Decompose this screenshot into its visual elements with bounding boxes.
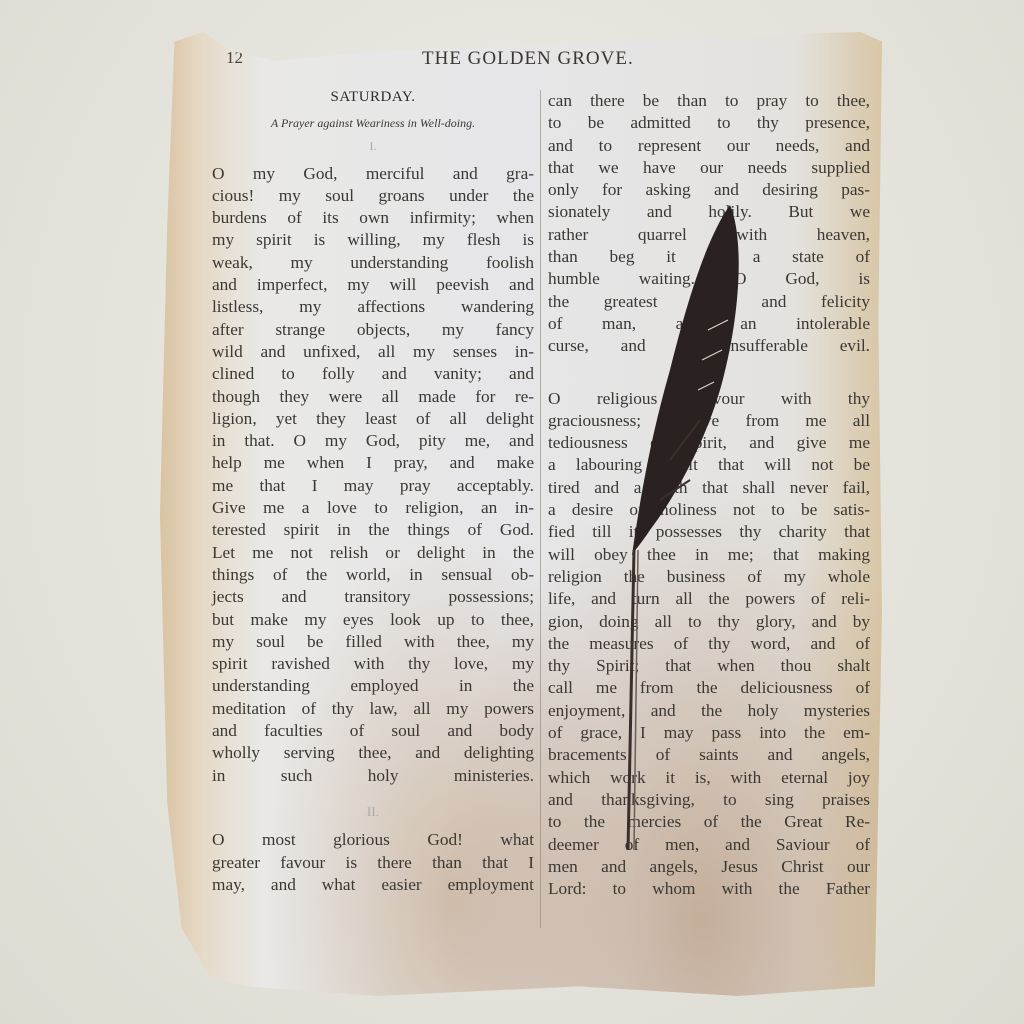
text-line: in such holy ministeries. <box>212 765 534 787</box>
text-line: Give me a love to religion, an in- <box>212 497 534 519</box>
text-line: listless, my affections wandering <box>212 296 534 318</box>
text-line: O my God, merciful and gra- <box>212 163 534 185</box>
text-line: me that I may pray acceptably. <box>212 475 534 497</box>
text-line: in that. O my God, pity me, and <box>212 430 534 452</box>
prayer-subheading: A Prayer against Weariness in Well-doing… <box>212 112 534 134</box>
text-line: and imperfect, my will peevish and <box>212 274 534 296</box>
text-line: clined to folly and vanity; and <box>212 363 534 385</box>
text-line: greater favour is there than that I <box>212 852 534 874</box>
section-mark: II. <box>212 801 534 823</box>
text-line: but make my eyes look up to thee, <box>212 609 534 631</box>
left-body-2: O most glorious God! whatgreater favour … <box>212 829 534 896</box>
column-rule <box>540 90 541 928</box>
text-line: my spirit is willing, my flesh is <box>212 229 534 251</box>
running-head: THE GOLDEN GROVE. <box>422 48 634 70</box>
text-line: meditation of thy law, all my powers <box>212 698 534 720</box>
text-line: burdens of its own infirmity; when <box>212 207 534 229</box>
text-line: that we have our needs supplied <box>548 157 870 179</box>
feather-icon <box>610 200 750 870</box>
text-line: wholly serving thee, and delighting <box>212 742 534 764</box>
text-line: only for asking and desiring pas- <box>548 179 870 201</box>
text-line: terested spirit in the things of God. <box>212 519 534 541</box>
text-line: help me when I pray, and make <box>212 452 534 474</box>
left-body: O my God, merciful and gra-cious! my sou… <box>212 163 534 787</box>
text-line: and to represent our needs, and <box>548 135 870 157</box>
section-mark: I. <box>212 135 534 163</box>
text-line: spirit ravished with thy love, my <box>212 653 534 675</box>
text-line: understanding employed in the <box>212 675 534 697</box>
text-line: Lord: to whom with the Father <box>548 878 870 900</box>
text-line: can there be than to pray to thee, <box>548 90 870 112</box>
text-line: to be admitted to thy presence, <box>548 112 870 134</box>
text-line: and faculties of soul and body <box>212 720 534 742</box>
text-line: ligion, yet they least of all delight <box>212 408 534 430</box>
book-page: 12 THE GOLDEN GROVE. SATURDAY. A Prayer … <box>160 32 882 996</box>
text-line: weak, my understanding foolish <box>212 252 534 274</box>
day-heading: SATURDAY. <box>212 86 534 108</box>
page-number: 12 <box>226 48 243 68</box>
text-line: cious! my soul groans under the <box>212 185 534 207</box>
text-line: Let me not relish or delight in the <box>212 542 534 564</box>
text-line: though they were all made for re- <box>212 386 534 408</box>
text-line: after strange objects, my fancy <box>212 319 534 341</box>
left-column: SATURDAY. A Prayer against Weariness in … <box>212 82 534 896</box>
text-line: may, and what easier employment <box>212 874 534 896</box>
text-line: my soul be filled with thee, my <box>212 631 534 653</box>
text-line: O most glorious God! what <box>212 829 534 851</box>
text-line: things of the world, in sensual ob- <box>212 564 534 586</box>
text-line: wild and unfixed, all my senses in- <box>212 341 534 363</box>
text-line: jects and transitory possessions; <box>212 586 534 608</box>
